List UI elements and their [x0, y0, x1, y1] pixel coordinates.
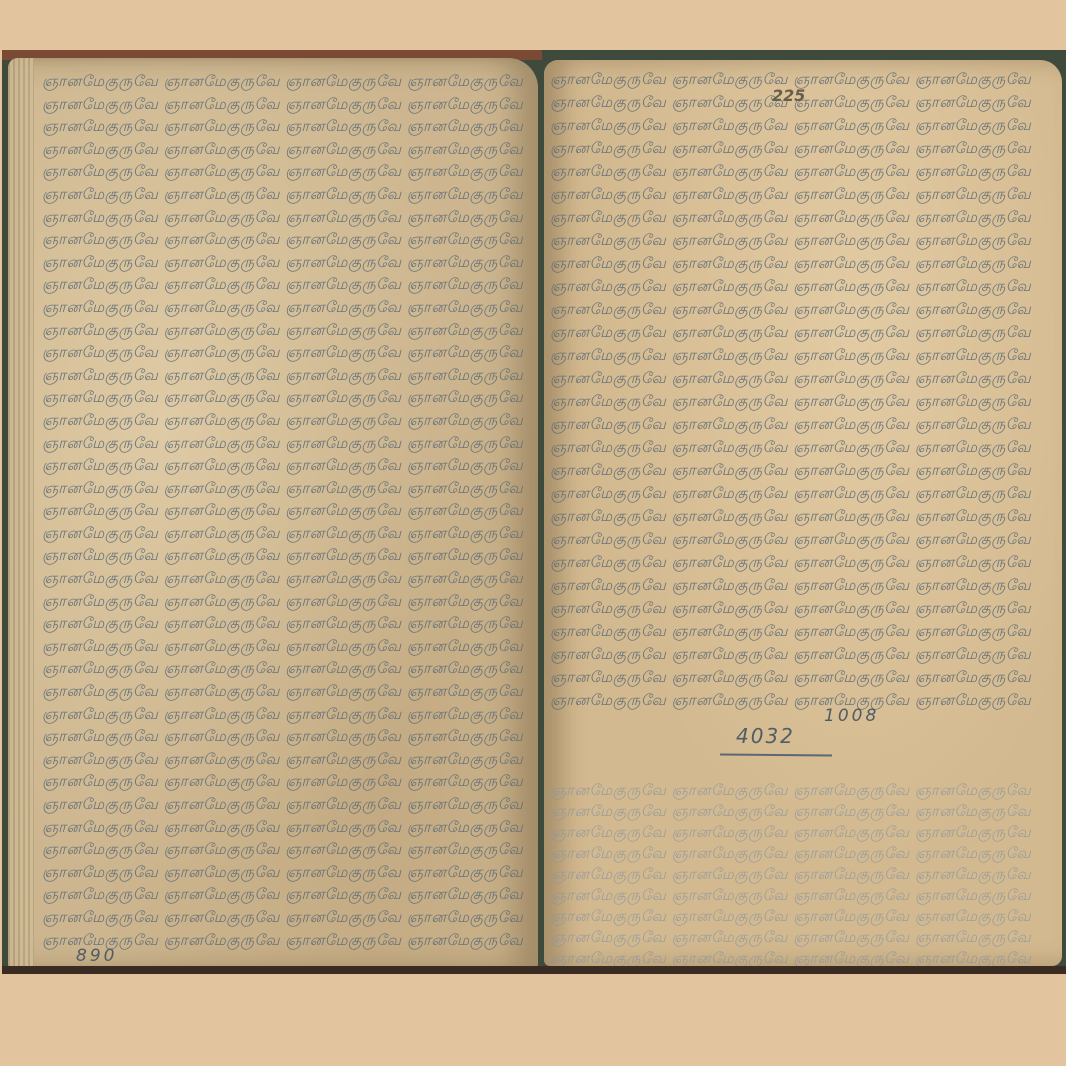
handwritten-line: ஞானமேகுருவே ஞானமேகுருவே ஞானமேகுருவே ஞானம… [42, 612, 532, 635]
handwritten-line: ஞானமேகுருவே ஞானமேகுருவே ஞானமேகுருவே ஞானம… [42, 499, 532, 522]
handwritten-line: ஞானமேகுருவே ஞானமேகுருவே ஞானமேகுருவே ஞானம… [550, 298, 1058, 321]
handwritten-line: ஞானமேகுருவே ஞானமேகுருவே ஞானமேகுருவே ஞானம… [550, 551, 1058, 574]
handwritten-line: ஞானமேகுருவே ஞானமேகுருவே ஞானமேகுருவே ஞானம… [550, 864, 1058, 885]
handwritten-line: ஞானமேகுருவே ஞானமேகுருவே ஞானமேகுருவே ஞானம… [42, 838, 532, 861]
handwritten-line: ஞானமேகுருவே ஞானமேகுருவே ஞானமேகுருவே ஞானம… [550, 505, 1058, 528]
handwritten-line: ஞானமேகுருவே ஞானமேகுருவே ஞானமேகுருவே ஞானம… [550, 367, 1058, 390]
handwritten-line: ஞானமேகுருவே ஞானமேகுருவே ஞானமேகுருவே ஞானம… [550, 436, 1058, 459]
handwritten-line: ஞானமேகுருவே ஞானமேகுருவே ஞானமேகுருவே ஞானம… [42, 454, 532, 477]
handwritten-line: ஞானமேகுருவே ஞானமேகுருவே ஞானமேகுருவே ஞானம… [42, 861, 532, 884]
handwritten-line: ஞானமேகுருவே ஞானமேகுருவே ஞானமேகுருவே ஞானம… [42, 544, 532, 567]
handwritten-line: ஞானமேகுருவே ஞானமேகுருவே ஞானமேகுருவே ஞானம… [550, 666, 1058, 689]
handwritten-line: ஞானமேகுருவே ஞானமேகுருவே ஞானமேகுருவே ஞானம… [550, 885, 1058, 906]
handwritten-line: ஞானமேகுருவே ஞானமேகுருவே ஞானமேகுருவே ஞானம… [550, 390, 1058, 413]
handwritten-line: ஞானமேகுருவே ஞானமேகுருவே ஞானமேகுருவே ஞானம… [42, 477, 532, 500]
handwritten-line: ஞானமேகுருவே ஞானமேகுருவே ஞானமேகுருவே ஞானம… [42, 567, 532, 590]
right-page-handwriting: ஞானமேகுருவே ஞானமேகுருவே ஞானமேகுருவே ஞானம… [550, 68, 1058, 712]
total-number: 4032 [736, 724, 795, 748]
handwritten-line: ஞானமேகுருவே ஞானமேகுருவே ஞானமேகுருவே ஞானம… [42, 590, 532, 613]
handwritten-line: ஞானமேகுருவே ஞானமேகுருவே ஞானமேகுருவே ஞானம… [42, 703, 532, 726]
left-page-count-note: 890 [76, 946, 117, 966]
handwritten-line: ஞானமேகுருவே ஞானமேகுருவே ஞானமேகுருவே ஞானம… [42, 432, 532, 455]
handwritten-line: ஞானமேகுருவே ஞானமேகுருவே ஞானமேகுருவே ஞானம… [550, 528, 1058, 551]
handwritten-line: ஞானமேகுருவே ஞானமேகுருவே ஞானமேகுருவே ஞானம… [42, 206, 532, 229]
handwritten-line: ஞானமேகுருவே ஞானமேகுருவே ஞானமேகுருவே ஞானம… [550, 906, 1058, 927]
handwritten-line: ஞானமேகுருவே ஞானமேகுருவே ஞானமேகுருவே ஞானம… [42, 657, 532, 680]
handwritten-line: ஞானமேகுருவே ஞானமேகுருவே ஞானமேகுருவே ஞானம… [550, 574, 1058, 597]
handwritten-line: ஞானமேகுருவே ஞானமேகுருவே ஞானமேகுருவே ஞானம… [550, 689, 1058, 712]
handwritten-line: ஞானமேகுருவே ஞானமேகுருவே ஞானமேகுருவே ஞானம… [550, 780, 1058, 801]
handwritten-line: ஞானமேகுருவே ஞானமேகுருவே ஞானமேகுருவே ஞானம… [550, 114, 1058, 137]
handwritten-line: ஞானமேகுருவே ஞானமேகுருவே ஞானமேகுருவே ஞானம… [42, 115, 532, 138]
handwritten-line: ஞானமேகுருவே ஞானமேகுருவே ஞானமேகுருவே ஞானம… [550, 927, 1058, 948]
handwritten-line: ஞானமேகுருவே ஞானமேகுருவே ஞானமேகுருவே ஞானம… [42, 748, 532, 771]
handwritten-line: ஞானமேகுருவே ஞானமேகுருவே ஞானமேகுருவே ஞானம… [42, 228, 532, 251]
handwritten-line: ஞானமேகுருவே ஞானமேகுருவே ஞானமேகுருவே ஞானம… [42, 319, 532, 342]
handwritten-line: ஞானமேகுருவே ஞானமேகுருவே ஞானமேகுருவே ஞானம… [550, 275, 1058, 298]
handwritten-line: ஞானமேகுருவே ஞானமேகுருவே ஞானமேகுருவே ஞானம… [550, 160, 1058, 183]
total-underline [720, 754, 832, 757]
handwritten-line: ஞானமேகுருவே ஞானமேகுருவே ஞானமேகுருவே ஞானம… [550, 459, 1058, 482]
handwritten-line: ஞானமேகுருவே ஞானமேகுருவே ஞானமேகுருவே ஞானம… [42, 409, 532, 432]
handwritten-line: ஞானமேகுருவே ஞானமேகுருவே ஞானமேகுருவே ஞானம… [42, 883, 532, 906]
handwritten-line: ஞானமேகுருவே ஞானமேகுருவே ஞானமேகுருவே ஞானம… [42, 93, 532, 116]
handwritten-line: ஞானமேகுருவே ஞானமேகுருவே ஞானமேகுருவே ஞானம… [42, 816, 532, 839]
handwritten-line: ஞானமேகுருவே ஞானமேகுருவே ஞானமேகுருவே ஞானம… [42, 522, 532, 545]
handwritten-line: ஞானமேகுருவே ஞானமேகுருவே ஞானமேகுருவே ஞானம… [42, 251, 532, 274]
subtotal-number: 1008 [824, 706, 879, 726]
handwritten-line: ஞானமேகுருவே ஞானமேகுருவே ஞானமேகுருவே ஞானம… [550, 321, 1058, 344]
right-page-faded-handwriting: ஞானமேகுருவே ஞானமேகுருவே ஞானமேகுருவே ஞானம… [550, 780, 1058, 966]
handwritten-line: ஞானமேகுருவே ஞானமேகுருவே ஞானமேகுருவே ஞானம… [550, 206, 1058, 229]
handwritten-line: ஞானமேகுருவே ஞானமேகுருவே ஞானமேகுருவே ஞானம… [550, 948, 1058, 966]
right-page: 225 ஞானமேகுருவே ஞானமேகுருவே ஞானமேகுருவே … [544, 60, 1062, 966]
handwritten-line: ஞானமேகுருவே ஞானமேகுருவே ஞானமேகுருவே ஞானம… [42, 635, 532, 658]
handwritten-line: ஞானமேகுருவே ஞானமேகுருவே ஞானமேகுருவே ஞானம… [42, 725, 532, 748]
handwritten-line: ஞானமேகுருவே ஞானமேகுருவே ஞானமேகுருவே ஞானம… [42, 70, 532, 93]
handwritten-line: ஞானமேகுருவே ஞானமேகுருவே ஞானமேகுருவே ஞானம… [42, 341, 532, 364]
handwritten-line: ஞானமேகுருவே ஞானமேகுருவே ஞானமேகுருவே ஞானம… [42, 364, 532, 387]
handwritten-line: ஞானமேகுருவே ஞானமேகுருவே ஞானமேகுருவே ஞானம… [42, 273, 532, 296]
handwritten-line: ஞானமேகுருவே ஞானமேகுருவே ஞானமேகுருவே ஞானம… [42, 386, 532, 409]
handwritten-line: ஞானமேகுருவே ஞானமேகுருவே ஞானமேகுருவே ஞானம… [42, 138, 532, 161]
handwritten-line: ஞானமேகுருவே ஞானமேகுருவே ஞானமேகுருவே ஞானம… [550, 344, 1058, 367]
handwritten-line: ஞானமேகுருவே ஞானமேகுருவே ஞானமேகுருவே ஞானம… [42, 296, 532, 319]
left-page: ஞானமேகுருவே ஞானமேகுருவே ஞானமேகுருவே ஞானம… [8, 58, 538, 970]
handwritten-line: ஞானமேகுருவே ஞானமேகுருவே ஞானமேகுருவே ஞானம… [42, 793, 532, 816]
handwritten-line: ஞானமேகுருவே ஞானமேகுருவே ஞானமேகுருவே ஞானம… [42, 770, 532, 793]
handwritten-line: ஞானமேகுருவே ஞானமேகுருவே ஞானமேகுருவே ஞானம… [42, 680, 532, 703]
handwritten-line: ஞானமேகுருவே ஞானமேகுருவே ஞானமேகுருவே ஞானம… [550, 843, 1058, 864]
handwritten-line: ஞானமேகுருவே ஞானமேகுருவே ஞானமேகுருவே ஞானம… [550, 137, 1058, 160]
handwritten-line: ஞானமேகுருவே ஞானமேகுருவே ஞானமேகுருவே ஞானம… [550, 643, 1058, 666]
handwritten-line: ஞானமேகுருவே ஞானமேகுருவே ஞானமேகுருவே ஞானம… [550, 68, 1058, 91]
book-bottom-edge [2, 966, 1066, 974]
handwritten-line: ஞானமேகுருவே ஞானமேகுருவே ஞானமேகுருவே ஞானம… [550, 91, 1058, 114]
handwritten-line: ஞானமேகுருவே ஞானமேகுருவே ஞானமேகுருவே ஞானம… [550, 482, 1058, 505]
handwritten-line: ஞானமேகுருவே ஞானமேகுருவே ஞானமேகுருவே ஞானம… [42, 160, 532, 183]
handwritten-line: ஞானமேகுருவே ஞானமேகுருவே ஞானமேகுருவே ஞானம… [550, 229, 1058, 252]
handwritten-line: ஞானமேகுருவே ஞானமேகுருவே ஞானமேகுருவே ஞானம… [550, 413, 1058, 436]
handwritten-line: ஞானமேகுருவே ஞானமேகுருவே ஞானமேகுருவே ஞானம… [42, 183, 532, 206]
page-edges-stack [8, 58, 34, 970]
handwritten-line: ஞானமேகுருவே ஞானமேகுருவே ஞானமேகுருவே ஞானம… [550, 252, 1058, 275]
handwritten-line: ஞானமேகுருவே ஞானமேகுருவே ஞானமேகுருவே ஞானம… [550, 620, 1058, 643]
handwritten-line: ஞானமேகுருவே ஞானமேகுருவே ஞானமேகுருவே ஞானம… [550, 822, 1058, 843]
handwritten-line: ஞானமேகுருவே ஞானமேகுருவே ஞானமேகுருவே ஞானம… [550, 183, 1058, 206]
handwritten-line: ஞானமேகுருவே ஞானமேகுருவே ஞானமேகுருவே ஞானம… [42, 906, 532, 929]
left-page-handwriting: ஞானமேகுருவே ஞானமேகுருவே ஞானமேகுருவே ஞானம… [42, 70, 532, 951]
handwritten-line: ஞானமேகுருவே ஞானமேகுருவே ஞானமேகுருவே ஞானம… [550, 597, 1058, 620]
handwritten-line: ஞானமேகுருவே ஞானமேகுருவே ஞானமேகுருவே ஞானம… [550, 801, 1058, 822]
